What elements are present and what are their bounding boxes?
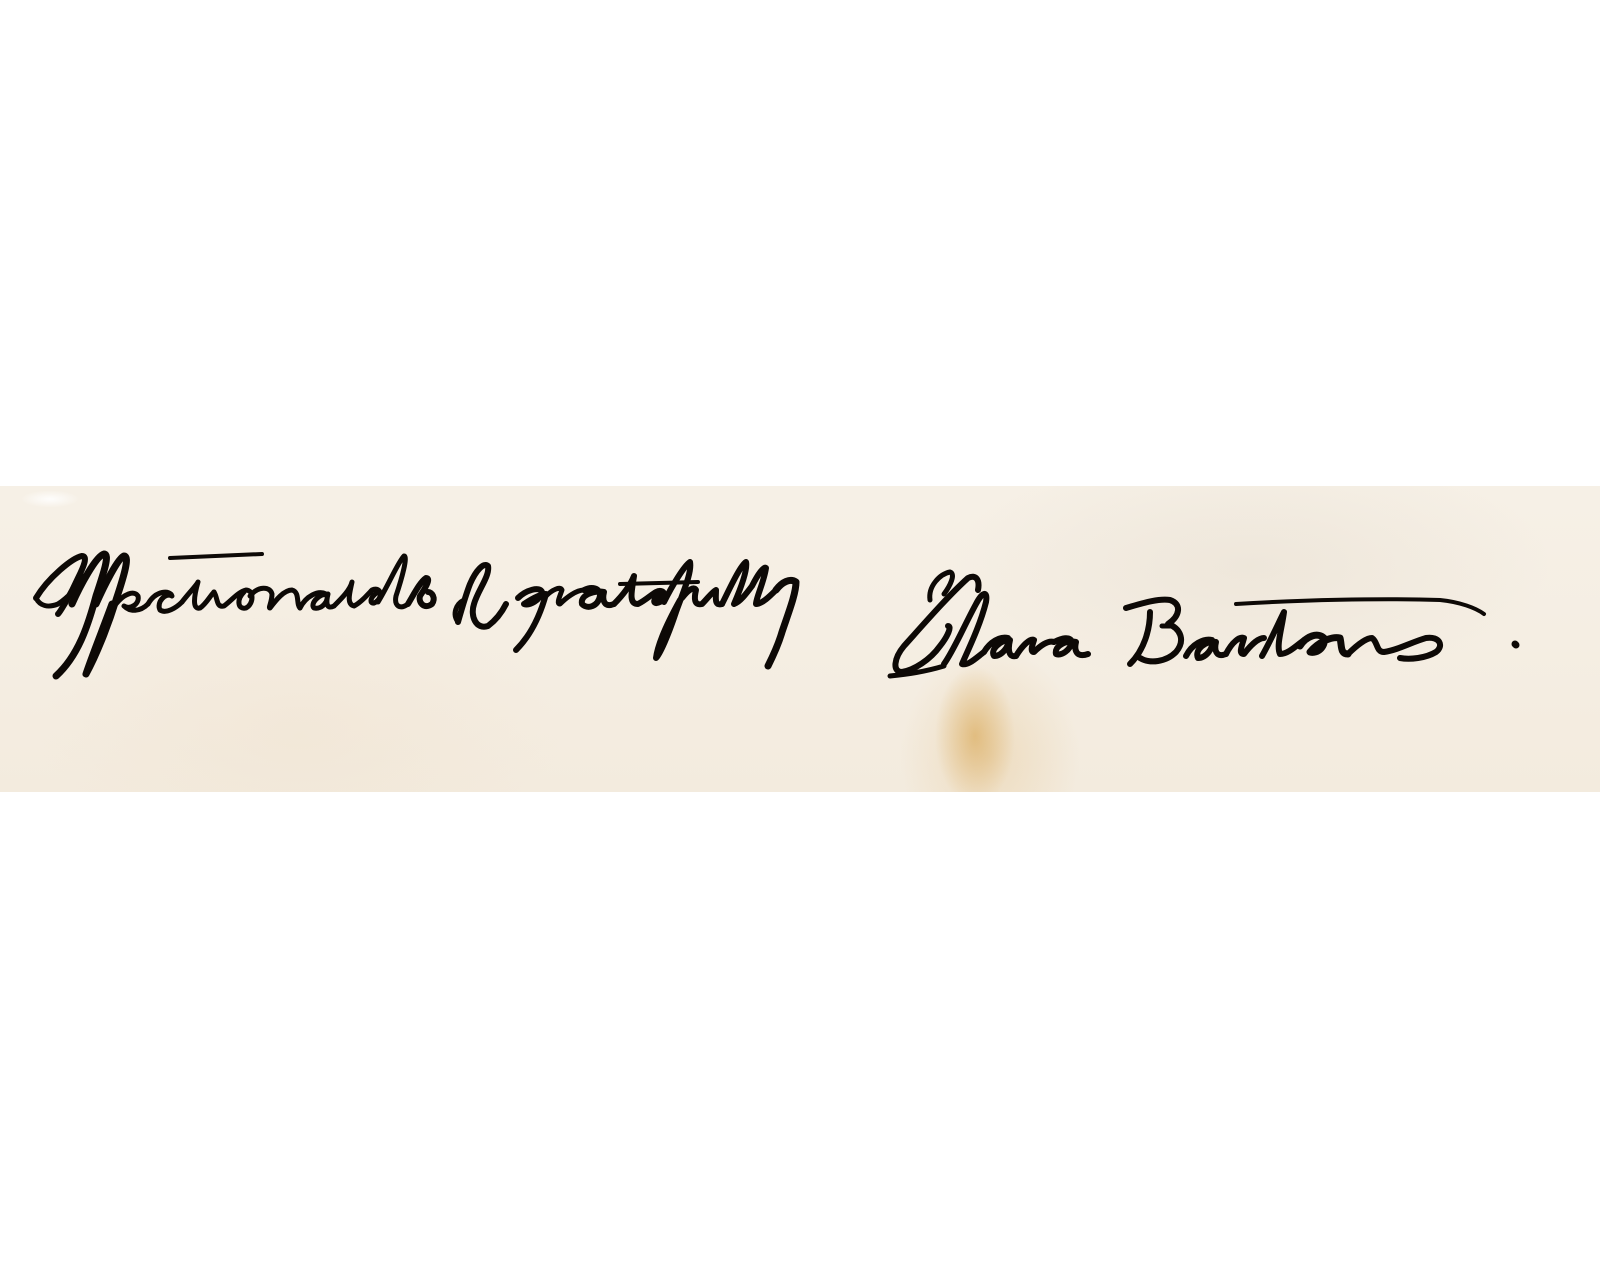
- page-background: Affectionately & gratefully Clara Barton: [0, 0, 1600, 1280]
- closing-handwriting: [36, 554, 506, 676]
- handwriting-svg: [0, 486, 1600, 792]
- trailing-dot: [1515, 644, 1516, 645]
- closing-handwriting-gratefully: [516, 562, 796, 666]
- signature-handwriting: [890, 572, 1484, 676]
- paper-strip: Affectionately & gratefully Clara Barton: [0, 486, 1600, 792]
